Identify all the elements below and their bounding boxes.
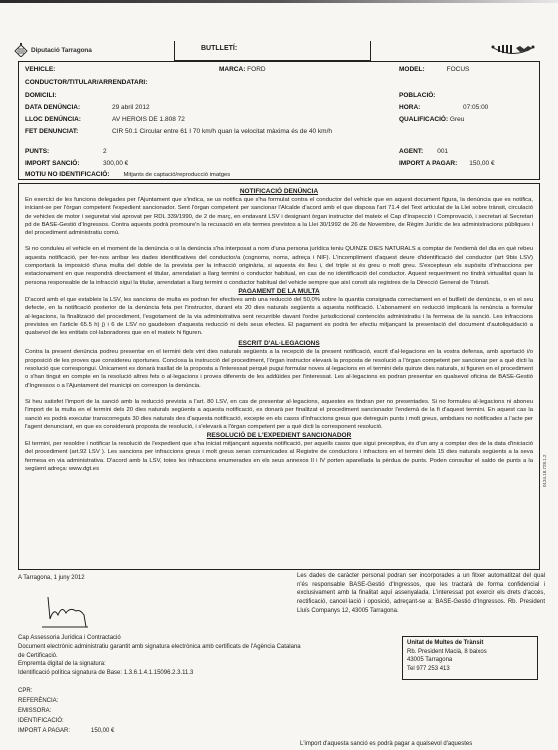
- model-value: FOCUS: [447, 66, 470, 73]
- pagament-paragraph: D'acord amb el que estableix la LSV, les…: [25, 296, 533, 337]
- unit-phone: Tel 977 253 413: [407, 665, 533, 674]
- traffic-fines-unit-box: Unitat de Multes de Trànsit Rb. Presiden…: [402, 636, 538, 680]
- notificacio-paragraph-2: Si no conduíeu el vehicle en el moment d…: [25, 245, 533, 286]
- section-title-allegacions: ESCRIT D'AL·LEGACIONS: [25, 340, 533, 347]
- poblacio-label: POBLACIÓ:: [399, 92, 435, 99]
- data-denuncia-value: 29 abril 2012: [112, 104, 150, 111]
- notice-text-box: NOTIFICACIÓ DENÚNCIA En exercici de les …: [18, 183, 540, 570]
- dgt-link[interactable]: www.dgt.es: [69, 466, 99, 472]
- resolucio-paragraph: El termini, per resoldre i notificar la …: [25, 440, 533, 473]
- domicili-label: DOMICILI:: [25, 92, 56, 99]
- referencia-row: REFERÈNCIA:: [18, 698, 83, 704]
- document-header: Diputació Tarragona BUTLLETÍ:: [14, 41, 554, 63]
- allegacions-paragraph-2: Si heu satisfet l'import de la sanció am…: [25, 398, 533, 431]
- vehicle-label: VEHICLE:: [25, 66, 55, 73]
- payment-note: L'import d'aquesta sanció es podrà pagar…: [300, 741, 472, 747]
- import-value: 150,00 €: [91, 728, 114, 734]
- signer-block: Cap Assessoria Jurídica i Contractació D…: [18, 634, 308, 678]
- lloc-denuncia-value: AV HEROIS DE 1.808 72: [112, 116, 185, 123]
- side-reference-code: 0134.18.728.1.2: [542, 454, 547, 487]
- qualificacio-value: Greu: [450, 116, 464, 123]
- unit-address: Rb. President Macià, 8 baixos: [407, 648, 533, 657]
- qualificacio-label: QUALIFICACIÓ:: [399, 116, 448, 123]
- butlleti-field: BUTLLETÍ:: [174, 41, 371, 61]
- butlleti-label: BUTLLETÍ:: [201, 45, 237, 52]
- data-denuncia-label: DATA DENÚNCIA:: [25, 104, 80, 111]
- section-title-notificacio: NOTIFICACIÓ DENÚNCIA: [25, 188, 533, 195]
- import-pagar-label: IMPORT A PAGAR:: [399, 160, 457, 167]
- unit-postcode: 43005 Tarragona: [407, 656, 533, 665]
- section-title-pagament: PAGAMENT DE LA MULTA: [25, 288, 533, 295]
- section-title-resolucio: RESOLUCIÓ DE L'EXPEDIENT SANCIONADOR: [25, 432, 533, 439]
- import-sancio-value: 300,00 €: [103, 160, 128, 167]
- fet-denunciat-value: CIR 50.1 Circular entre 61 I 70 km/h qua…: [112, 128, 332, 135]
- identificacio-row: IDENTIFICACIÓ:: [18, 718, 83, 724]
- model-label: MODEL:: [399, 66, 425, 73]
- allegacions-paragraph-1: Contra la present denúncia podreu presen…: [25, 348, 533, 389]
- motiu-value: Mitjants de captació/reproducció imatges: [124, 172, 231, 178]
- unit-title: Unitat de Multes de Trànsit: [407, 639, 533, 648]
- diputacio-logo-icon: [14, 43, 28, 57]
- scan-edge-strip: [0, 0, 558, 3]
- conductor-label: CONDUCTOR/TITULAR/ARRENDATARI:: [25, 79, 147, 86]
- emissora-row: EMISSORA:: [18, 708, 83, 714]
- offence-details-box: VEHICLE: MARCA: FORD MODEL:FOCUS CONDUCT…: [18, 61, 540, 180]
- hora-label: HORA:: [399, 104, 420, 111]
- signer-certificate-text: Document electrònic administratiu garant…: [18, 643, 308, 661]
- lloc-denuncia-label: LLOC DENÚNCIA:: [25, 116, 81, 123]
- punts-value: 2: [103, 148, 107, 155]
- signature: [40, 595, 100, 638]
- import-pagar-value: 150,00 €: [469, 160, 494, 167]
- marca-label: MARCA:: [219, 66, 245, 73]
- punts-label: PUNTS:: [25, 148, 49, 155]
- logo: Diputació Tarragona: [14, 43, 92, 57]
- hora-value: 07:05:00: [463, 104, 488, 111]
- fet-denunciat-label: FET DENUNCIAT:: [25, 128, 78, 135]
- marca-value: FORD: [247, 66, 265, 73]
- signer-policy-id: Identificació política signatura de Base…: [18, 669, 308, 678]
- agent-value: 001: [437, 148, 448, 155]
- privacy-notice: Les dades de caràcter personal podran se…: [297, 572, 545, 616]
- logo-text: Diputació Tarragona: [31, 47, 92, 54]
- notificacio-paragraph-1: En exercici de les funcions delegades pe…: [25, 196, 533, 237]
- import-row: IMPORT A PAGAR:150,00 €: [18, 728, 114, 734]
- signer-title: Cap Assessoria Jurídica i Contractació: [18, 634, 308, 643]
- cpr-row: CPR:: [18, 688, 83, 694]
- place-date: A Tarragona, 1 juny 2012: [18, 575, 85, 581]
- import-sancio-label: IMPORT SANCIÓ:: [25, 160, 80, 167]
- agent-label: AGENT:: [399, 148, 423, 155]
- motiu-label: MOTIU NO IDENTIFICACIÓ:: [25, 171, 110, 178]
- signer-fingerprint-label: Empremta digital de la signatura:: [18, 660, 308, 669]
